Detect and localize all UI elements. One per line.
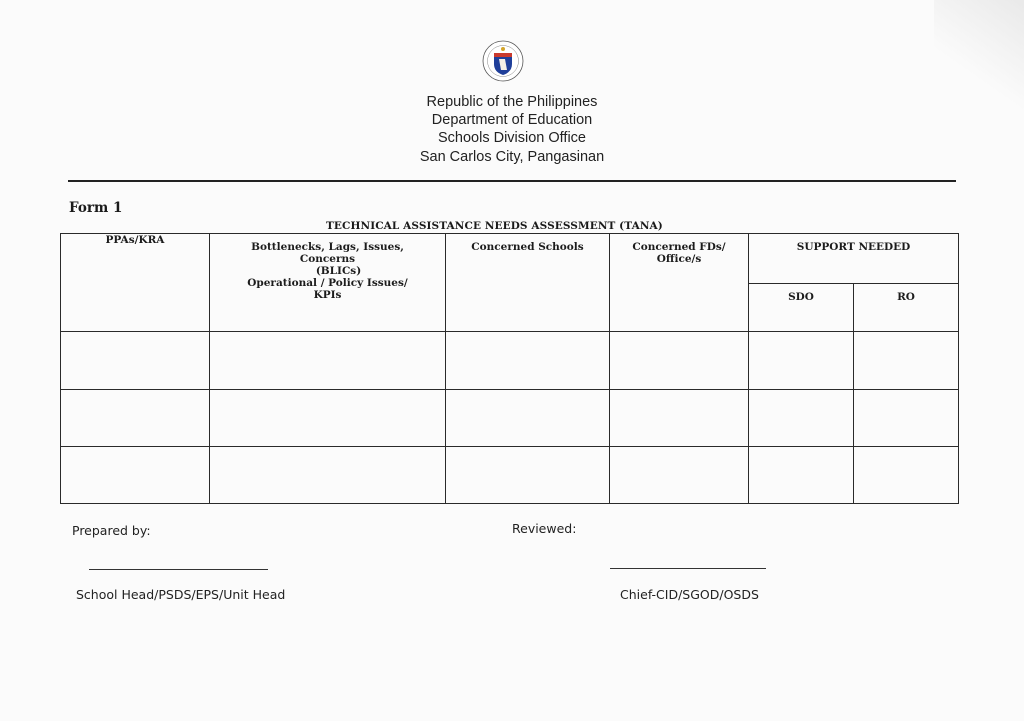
deped-seal-icon [482, 40, 524, 82]
form-label: Form 1 [69, 200, 122, 216]
cell-sdo[interactable] [749, 389, 854, 446]
prepared-by-label: Prepared by: [72, 523, 151, 538]
cell-ro[interactable] [854, 332, 959, 389]
prepared-by-signature-line[interactable] [89, 569, 268, 570]
cell-schools[interactable] [446, 332, 610, 389]
cell-ro[interactable] [854, 446, 959, 503]
col-header-fds: Concerned FDs/ Office/s [610, 234, 749, 332]
prepared-by-role: School Head/PSDS/EPS/Unit Head [76, 587, 285, 602]
cell-blics[interactable] [210, 389, 446, 446]
cell-schools[interactable] [446, 446, 610, 503]
table-row [61, 446, 959, 503]
cell-blics[interactable] [210, 446, 446, 503]
cell-ro[interactable] [854, 389, 959, 446]
reviewed-by-signature-line[interactable] [610, 568, 766, 569]
col-header-blics: Bottlenecks, Lags, Issues, Concerns (BLI… [210, 234, 446, 332]
col-header-schools: Concerned Schools [446, 234, 610, 332]
col-header-ro: RO [854, 284, 959, 332]
cell-schools[interactable] [446, 389, 610, 446]
table-row [61, 389, 959, 446]
cell-ppas[interactable] [61, 446, 210, 503]
cell-ppas[interactable] [61, 389, 210, 446]
cell-blics[interactable] [210, 332, 446, 389]
col-header-sdo: SDO [749, 284, 854, 332]
reviewed-by-label: Reviewed: [512, 521, 576, 536]
scan-shadow [934, 0, 1024, 140]
header-line-department: Department of Education [312, 111, 712, 129]
header-divider [68, 180, 956, 182]
col-header-ppas: PPAs/KRA [61, 234, 210, 332]
reviewed-by-role: Chief-CID/SGOD/OSDS [620, 587, 759, 602]
col-header-support-needed: SUPPORT NEEDED [749, 234, 959, 284]
tana-table: PPAs/KRA Bottlenecks, Lags, Issues, Conc… [60, 233, 959, 504]
header-line-division: Schools Division Office [312, 129, 712, 147]
cell-fds[interactable] [610, 332, 749, 389]
header-line-city: San Carlos City, Pangasinan [312, 148, 712, 166]
cell-sdo[interactable] [749, 332, 854, 389]
cell-ppas[interactable] [61, 332, 210, 389]
form-title: TECHNICAL ASSISTANCE NEEDS ASSESSMENT (T… [326, 220, 663, 232]
table-row [61, 332, 959, 389]
cell-fds[interactable] [610, 389, 749, 446]
letterhead: Republic of the Philippines Department o… [312, 93, 712, 166]
header-line-republic: Republic of the Philippines [312, 93, 712, 111]
cell-fds[interactable] [610, 446, 749, 503]
cell-sdo[interactable] [749, 446, 854, 503]
